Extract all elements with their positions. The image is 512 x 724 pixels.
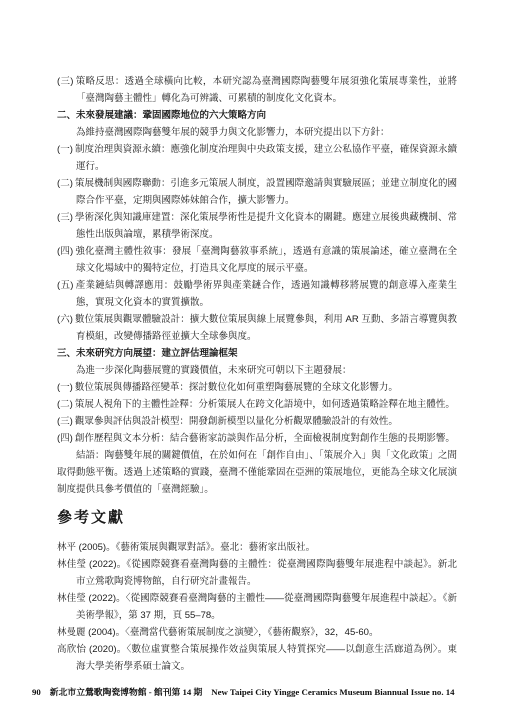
item-text: 策略反思：透過全球橫向比較，本研究認為臺灣國際陶藝雙年展須強化策展專業性，並將「…	[75, 76, 457, 104]
footer-title-en: New Taipei City Yingge Ceramics Museum B…	[211, 687, 454, 698]
item-text: 學術深化與知識庫建置：深化策展學術性是提升文化資本的關鍵。應建立展後典藏機制、常…	[75, 212, 457, 240]
section-2-intro: 為維持臺灣國際陶藝雙年展的競爭力與文化影響力，本研究提出以下方針：	[57, 124, 457, 141]
item-text: 制度治理與資源永續：應強化制度治理與中央政策支援，建立公私協作平臺，確保資源永續…	[75, 144, 457, 172]
item-label: (二)	[57, 178, 73, 189]
body-item-1-governance: (一)制度治理與資源永續：應強化制度治理與中央政策支援，建立公私協作平臺，確保資…	[57, 141, 457, 175]
reference-item-3: 林佳瑩 (2022)。〈從國際競賽看臺灣陶藝的主體性——從臺灣國際陶藝雙年展進程…	[57, 590, 457, 624]
item-text: 產業鏈結與轉譯應用：鼓勵學術界與產業鏈合作，透過知識轉移將展覽的創意導入產業生態…	[75, 280, 457, 308]
item-label: (二)	[57, 399, 73, 410]
reference-item-5: 高欣怡 (2020)。〈數位虛實整合策展操作效益與策展人特質探究——以創意生活廊…	[57, 641, 457, 675]
item-label: (三)	[57, 76, 73, 87]
footer-title-zh: 新北市立鶯歌陶瓷博物館 - 館刊第 14 期	[50, 687, 202, 698]
page-footer: 90 新北市立鶯歌陶瓷博物館 - 館刊第 14 期 New Taipei Cit…	[32, 687, 492, 698]
research-item-2-curator-perspective: (二)策展人視角下的主體性詮釋：分析策展人在跨文化語境中，如何透過策略詮釋在地主…	[57, 396, 457, 413]
page-number: 90	[32, 687, 41, 698]
item-label: (三)	[57, 212, 73, 223]
item-label: (四)	[57, 433, 73, 444]
item-text: 策展機制與國際聯動：引進多元策展人制度，設置國際邀請與實驗展區；並建立制度化的國…	[75, 178, 457, 206]
conclusion-paragraph: 結語：陶藝雙年展的關鍵價值，在於如何在「創作自由」、「策展介入」與「文化政策」之…	[57, 447, 457, 498]
section-heading-3-future-research: 三、未來研究方向展望：建立評估理論框架	[57, 345, 457, 362]
item-text: 數位策展與傳播路徑變革：探討數位化如何重塑陶藝展覽的全球文化影響力。	[75, 382, 398, 393]
item-label: (三)	[57, 416, 73, 427]
item-label: (五)	[57, 280, 73, 291]
item-text: 強化臺灣主體性敘事：發展「臺灣陶藝敘事系統」，透過有意識的策展論述，確立臺灣在全…	[75, 246, 457, 274]
research-item-3-audience-model: (三)觀眾參與評估與設計模型：開發創新模型以量化分析觀眾體驗設計的有效性。	[57, 413, 457, 430]
body-item-4-taiwan-narrative: (四)強化臺灣主體性敘事：發展「臺灣陶藝敘事系統」，透過有意識的策展論述，確立臺…	[57, 243, 457, 277]
item-text: 策展人視角下的主體性詮釋：分析策展人在跨文化語境中，如何透過策略詮釋在地主體性。	[75, 399, 455, 410]
reference-item-2: 林佳瑩 (2022)。《從國際競賽看臺灣陶藝的主體性：從臺灣國際陶藝雙年展進程中…	[57, 556, 457, 590]
item-text: 創作歷程與文本分析：結合藝術家訪談與作品分析，全面檢視制度對創作生態的長期影響。	[75, 433, 455, 444]
body-item-3-academic-depth: (三)學術深化與知識庫建置：深化策展學術性是提升文化資本的關鍵。應建立展後典藏機…	[57, 209, 457, 243]
item-text: 觀眾參與評估與設計模型：開發創新模型以量化分析觀眾體驗設計的有效性。	[75, 416, 398, 427]
item-label: (一)	[57, 144, 73, 155]
reference-item-1: 林平 (2005)。《藝術策展與觀眾對話》。臺北：藝術家出版社。	[57, 539, 457, 556]
content-column: (三)策略反思：透過全球橫向比較，本研究認為臺灣國際陶藝雙年展須強化策展專業性，…	[57, 73, 457, 675]
item-label: (六)	[57, 314, 73, 325]
item-label: (一)	[57, 382, 73, 393]
body-item-6-digital-curation: (六)數位策展與觀眾體驗設計：擴大數位策展與線上展覽參與，利用 AR 互動、多語…	[57, 311, 457, 345]
item-label: (四)	[57, 246, 73, 257]
research-item-1-digital-paths: (一)數位策展與傳播路徑變革：探討數位化如何重塑陶藝展覽的全球文化影響力。	[57, 379, 457, 396]
references-heading: 參考文獻	[57, 508, 457, 528]
item-text: 數位策展與觀眾體驗設計：擴大數位策展與線上展覽參與，利用 AR 互動、多語言導覽…	[75, 314, 457, 342]
body-item-2-curation-mechanism: (二)策展機制與國際聯動：引進多元策展人制度，設置國際邀請與實驗展區；並建立制度…	[57, 175, 457, 209]
section-3-intro: 為進一步深化陶藝展覽的實踐價值，未來研究可朝以下主題發展：	[57, 362, 457, 379]
section-heading-2-future-development: 二、未來發展建議：鞏固國際地位的六大策略方向	[57, 107, 457, 124]
body-item-3-strategy-reflection: (三)策略反思：透過全球橫向比較，本研究認為臺灣國際陶藝雙年展須強化策展專業性，…	[57, 73, 457, 107]
research-item-4-text-analysis: (四)創作歷程與文本分析：結合藝術家訪談與作品分析，全面檢視制度對創作生態的長期…	[57, 430, 457, 447]
body-item-5-industry-link: (五)產業鏈結與轉譯應用：鼓勵學術界與產業鏈合作，透過知識轉移將展覽的創意導入產…	[57, 277, 457, 311]
reference-item-4: 林曼麗 (2004)。〈臺灣當代藝術策展制度之演變〉，《藝術觀察》，32，45-…	[57, 624, 457, 641]
document-page: (三)策略反思：透過全球橫向比較，本研究認為臺灣國際陶藝雙年展須強化策展專業性，…	[0, 0, 512, 724]
